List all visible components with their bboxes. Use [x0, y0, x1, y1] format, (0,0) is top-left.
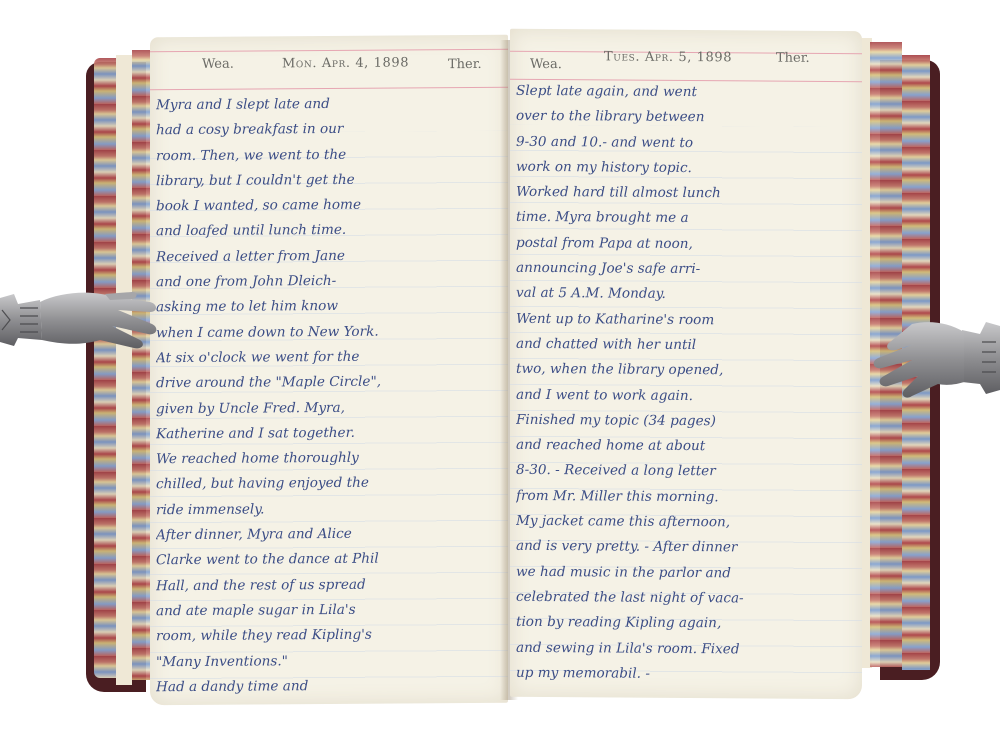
right-hand-clip-icon — [868, 312, 1000, 402]
left-hand-clip-icon — [0, 280, 165, 360]
handwritten-line: Went up to Katharine's room — [516, 306, 854, 334]
handwritten-line: up my memorabil. - — [516, 661, 854, 689]
handwritten-line: had a cosy breakfast in our — [156, 116, 500, 144]
handwritten-line: After dinner, Myra and Alice — [156, 521, 500, 549]
weather-label: Wea. — [530, 57, 562, 72]
handwritten-line: "Many Inventions." — [156, 647, 500, 675]
handwritten-line: Slept late again, and went — [516, 79, 854, 107]
handwritten-line: Had a dandy time and — [156, 673, 500, 701]
handwritten-line: out till eleven. — [156, 698, 500, 705]
handwritten-line: announcing Joe's safe arri- — [516, 256, 854, 284]
thermometer-label: Ther. — [448, 57, 482, 72]
handwritten-line: At six o'clock we went for the — [156, 344, 500, 372]
handwritten-line: ride immensely. — [156, 496, 500, 524]
entry-date: Mon. Apr. 4, 1898 — [282, 55, 409, 71]
red-rule-bottom — [150, 87, 508, 90]
handwritten-line: drive around the "Maple Circle", — [156, 369, 500, 397]
handwritten-line: and reached home at about — [516, 433, 854, 461]
handwritten-line: asking me to let him know — [156, 293, 500, 321]
handwritten-line: and loafed until lunch time. — [156, 217, 500, 245]
handwritten-line: We reached home thoroughly — [156, 445, 500, 473]
handwritten-line: Myra and I slept late and — [156, 91, 500, 119]
handwritten-line: celebrated the last night of vaca- — [516, 585, 854, 613]
handwritten-line: and sewing in Lila's room. Fixed — [516, 635, 854, 663]
handwritten-line: book I wanted, so came home — [156, 192, 500, 220]
handwritten-line: time. Myra brought me a — [516, 205, 854, 233]
handwritten-line: Katherine and I sat together. — [156, 420, 500, 448]
left-diary-page: Wea. Mon. Apr. 4, 1898 Ther. Myra and I … — [150, 35, 508, 705]
handwritten-line: and chatted with her until — [516, 332, 854, 360]
open-diary: Wea. Mon. Apr. 4, 1898 Ther. Myra and I … — [0, 0, 1000, 743]
red-rule-top — [150, 49, 508, 52]
handwritten-line: Received a letter from Jane — [156, 243, 500, 271]
entry-date: Tues. Apr. 5, 1898 — [604, 49, 732, 65]
thermometer-label: Ther. — [776, 51, 810, 66]
handwritten-line: given by Uncle Fred. Myra, — [156, 394, 500, 422]
page-header: Wea. Mon. Apr. 4, 1898 Ther. — [150, 55, 508, 77]
handwritten-line: 8-30. - Received a long letter — [516, 458, 854, 486]
handwritten-line: postal from Papa at noon, — [516, 231, 854, 259]
left-marbled-edge — [94, 58, 116, 678]
handwritten-entry: Myra and I slept late andhad a cosy brea… — [156, 91, 500, 705]
page-header: Wea. Tues. Apr. 5, 1898 Ther. — [510, 49, 862, 71]
handwritten-line: room. Then, we went to the — [156, 141, 500, 169]
right-diary-page: Wea. Tues. Apr. 5, 1898 Ther. Slept late… — [510, 29, 862, 699]
handwritten-line: and I went to work again. — [516, 382, 854, 410]
handwritten-line: and is very pretty. - After dinner — [516, 534, 854, 562]
handwritten-line: Worked hard till almost lunch — [516, 180, 854, 208]
handwritten-line: Finished my topic (34 pages) — [516, 408, 854, 436]
handwritten-line: when I came down to New York. — [156, 318, 500, 346]
handwritten-line: Clarke went to the dance at Phil — [156, 546, 500, 574]
handwritten-line: tion by reading Kipling again, — [516, 610, 854, 638]
handwritten-line: we had music in the parlor and — [516, 559, 854, 587]
handwritten-line: room, while they read Kipling's — [156, 622, 500, 650]
handwritten-line: and ate maple sugar in Lila's — [156, 597, 500, 625]
handwritten-line: chilled, but having enjoyed the — [156, 470, 500, 498]
handwritten-entry: Slept late again, and wentover to the li… — [516, 79, 854, 688]
handwritten-line: val at 5 A.M. Monday. — [516, 281, 854, 309]
handwritten-line: library, but I couldn't get the — [156, 167, 500, 195]
handwritten-line: work on my history topic. — [516, 155, 854, 183]
handwritten-line: over to the library between — [516, 104, 854, 132]
handwritten-line: 9-30 and 10.- and went to — [516, 129, 854, 157]
handwritten-line: Hall, and the rest of us spread — [156, 571, 500, 599]
handwritten-line: and one from John Dleich- — [156, 268, 500, 296]
handwritten-line: My jacket came this afternoon, — [516, 509, 854, 537]
left-page-stack — [116, 55, 132, 685]
handwritten-line: from Mr. Miller this morning. — [516, 484, 854, 512]
weather-label: Wea. — [202, 57, 234, 72]
handwritten-line: two, when the library opened, — [516, 357, 854, 385]
